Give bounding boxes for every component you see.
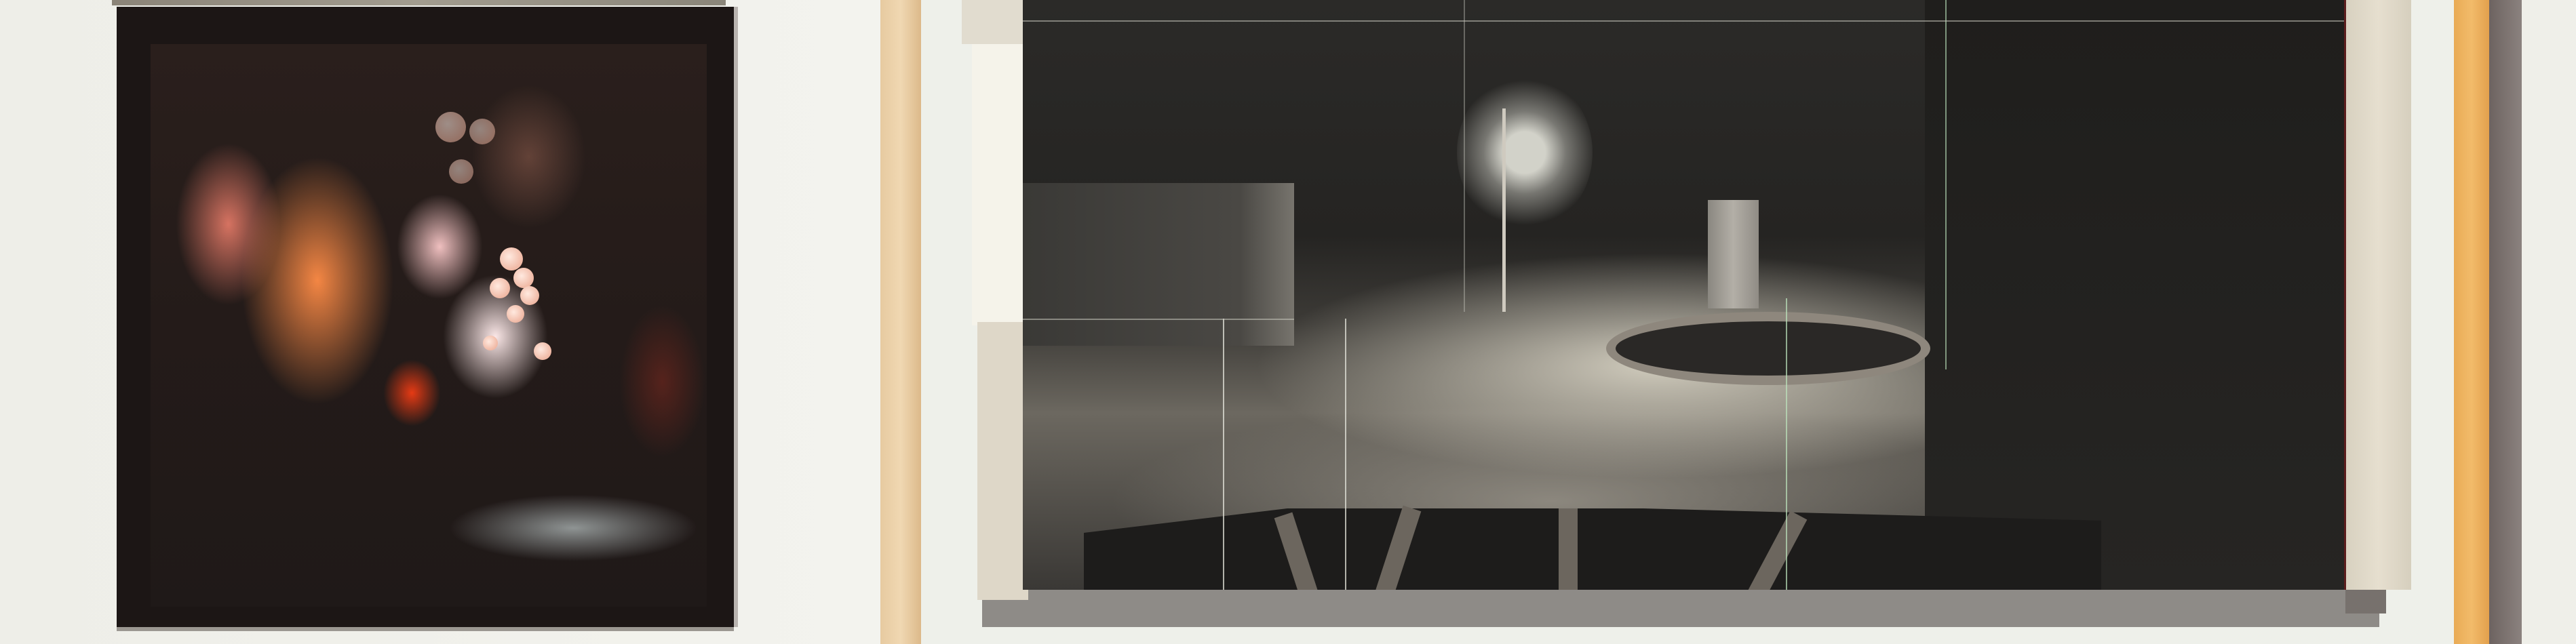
bubble bbox=[435, 112, 466, 142]
collage-seam bbox=[1786, 298, 1787, 590]
right-artwork-frame bbox=[880, 0, 2496, 644]
bubble bbox=[483, 336, 498, 350]
bubble bbox=[469, 119, 495, 144]
frame-wood-right bbox=[2454, 0, 2489, 644]
tree-crown bbox=[1457, 75, 1593, 230]
dark-panel bbox=[1925, 0, 2345, 590]
frame-wood-left bbox=[880, 0, 921, 644]
paper-tab bbox=[977, 322, 1028, 600]
paper-strip-right bbox=[2344, 0, 2411, 590]
bubble bbox=[500, 247, 523, 270]
floor-pit bbox=[1084, 508, 2101, 590]
tree-trunk bbox=[1502, 108, 1506, 312]
collage-seam bbox=[1223, 319, 1224, 590]
bubble bbox=[534, 342, 551, 360]
frame-edge-above bbox=[112, 0, 726, 5]
collage-seam bbox=[1464, 0, 1465, 312]
collage-seam-horizontal bbox=[1023, 319, 1294, 320]
print-shadow bbox=[982, 590, 2379, 627]
paper-tab bbox=[972, 44, 1026, 325]
stone-pillar bbox=[1708, 200, 1759, 308]
pit-beam bbox=[1559, 508, 1578, 590]
frame-shadow bbox=[2489, 0, 2522, 644]
ruined-wall bbox=[1023, 183, 1294, 346]
bubble bbox=[520, 286, 539, 305]
paper-tab bbox=[962, 0, 1026, 44]
bubble bbox=[490, 278, 510, 298]
collage-seam bbox=[1945, 0, 1947, 369]
right-artwork-image bbox=[1023, 0, 2345, 590]
collage-seam-horizontal bbox=[1023, 20, 2345, 22]
bubble bbox=[449, 159, 473, 184]
left-artwork-image bbox=[151, 44, 707, 607]
bubble bbox=[507, 305, 524, 323]
circular-well bbox=[1606, 312, 1930, 385]
bubble bbox=[513, 268, 534, 288]
left-artwork-frame bbox=[117, 7, 734, 627]
collage-seam bbox=[1345, 319, 1346, 590]
